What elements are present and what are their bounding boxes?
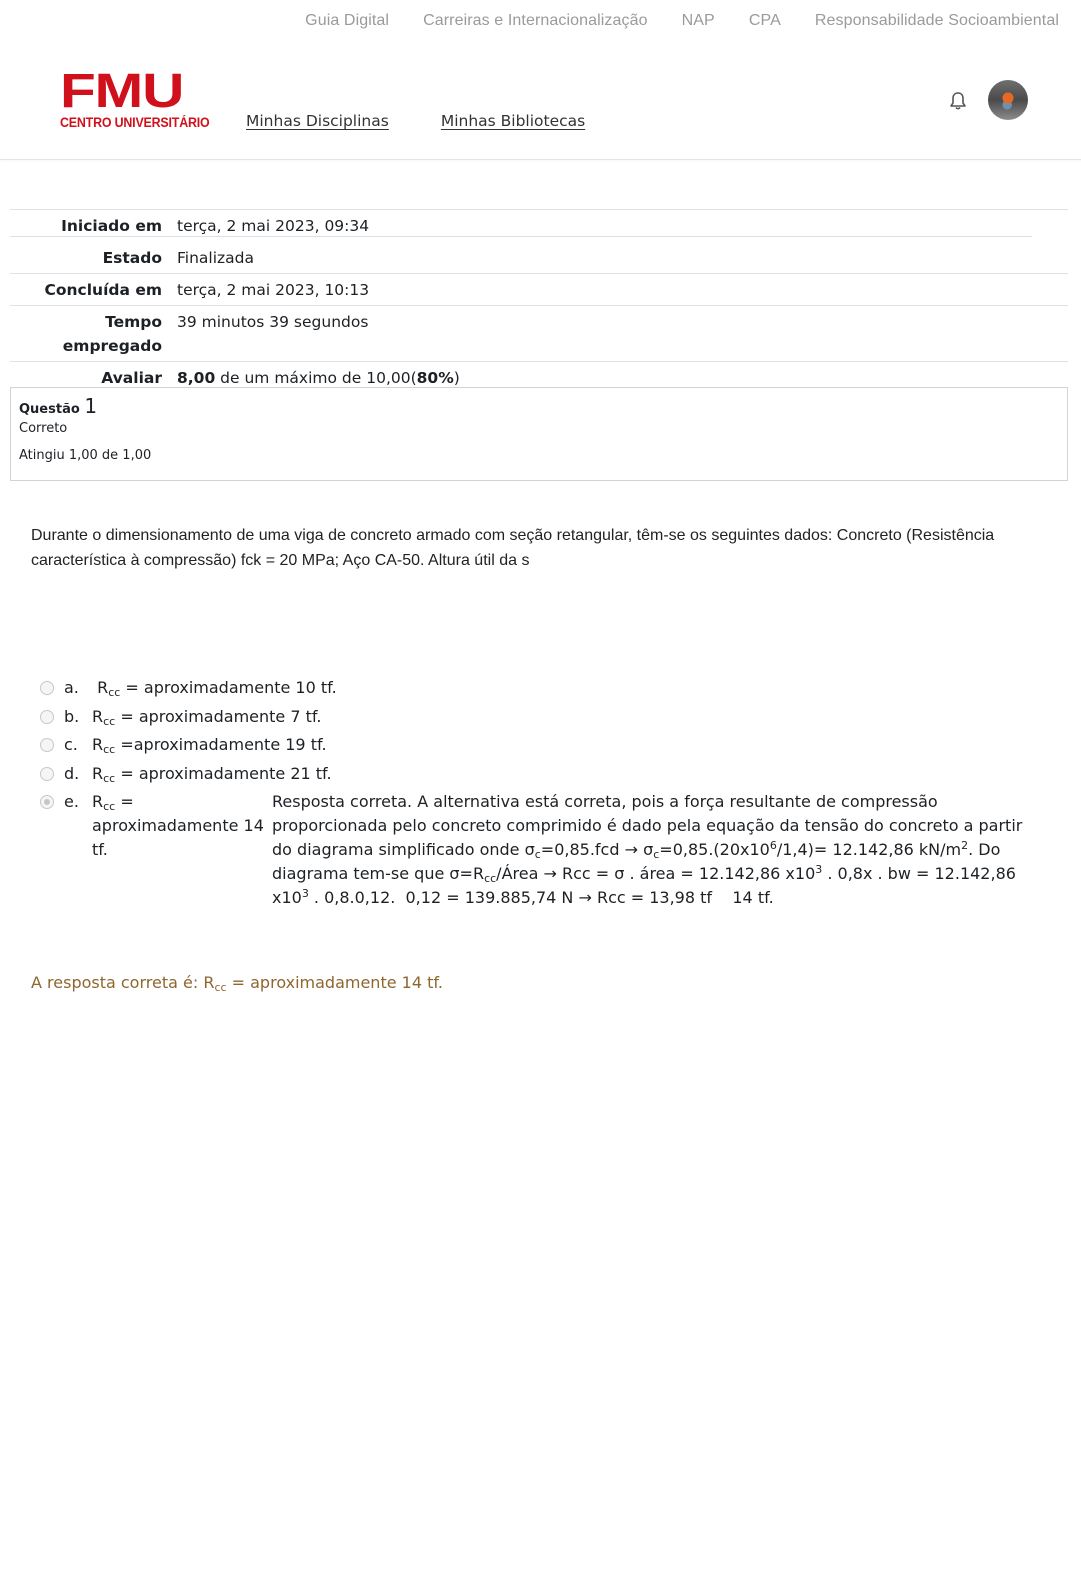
row-divider: [10, 236, 1032, 237]
answer-option-d[interactable]: d. Rcc = aproximadamente 21 tf.: [40, 762, 1040, 786]
summary-row-time: Tempo empregado 39 minutos 39 segundos: [10, 305, 1068, 361]
summary-value: terça, 2 mai 2023, 09:34: [162, 214, 369, 238]
answer-letter: c.: [64, 733, 92, 757]
fmu-logo[interactable]: FMU CENTRO UNIVERSITÁRIO: [60, 72, 200, 130]
answer-letter: d.: [64, 762, 92, 786]
bell-icon[interactable]: [947, 90, 969, 112]
nav-minhas-disciplinas[interactable]: Minhas Disciplinas: [246, 112, 389, 130]
summary-value: Finalizada: [162, 246, 254, 270]
answer-option-a[interactable]: a. Rcc = aproximadamente 10 tf.: [40, 676, 1040, 700]
summary-value: terça, 2 mai 2023, 10:13: [162, 278, 369, 302]
question-text: Durante o dimensionamento de uma viga de…: [31, 523, 1031, 573]
grade-value: 8,00: [177, 369, 215, 387]
question-state: Correto: [19, 421, 1059, 436]
summary-row-completed: Concluída em terça, 2 mai 2023, 10:13: [10, 273, 1068, 305]
logo-subtitle: CENTRO UNIVERSITÁRIO: [60, 115, 189, 130]
nav-guia-digital[interactable]: Guia Digital: [305, 12, 389, 30]
answer-feedback: Resposta correta. A alternativa está cor…: [272, 790, 1037, 910]
utility-nav: Guia Digital Carreiras e Internacionaliz…: [271, 0, 1059, 42]
grade-end: ): [454, 369, 460, 387]
radio-button-selected[interactable]: [40, 795, 54, 809]
logo-text: FMU: [60, 72, 231, 112]
nav-responsabilidade[interactable]: Responsabilidade Socioambiental: [815, 12, 1059, 30]
answer-text: Rcc = aproximadamente 7 tf.: [92, 705, 321, 729]
question-grade: Atingiu 1,00 de 1,00: [19, 448, 1059, 463]
nav-cpa[interactable]: CPA: [749, 12, 781, 30]
question-number: Questão 1: [19, 394, 1059, 418]
answer-option-b[interactable]: b. Rcc = aproximadamente 7 tf.: [40, 705, 1040, 729]
answer-option-c[interactable]: c. Rcc =aproximadamente 19 tf.: [40, 733, 1040, 757]
answer-option-e[interactable]: e. Rcc = aproximadamente 14 tf. Resposta…: [40, 790, 1040, 862]
nav-minhas-bibliotecas[interactable]: Minhas Bibliotecas: [441, 112, 585, 130]
main-nav: Minhas Disciplinas Minhas Bibliotecas: [246, 112, 585, 130]
radio-button[interactable]: [40, 738, 54, 752]
answer-letter: a.: [64, 676, 92, 700]
answer-list: a. Rcc = aproximadamente 10 tf. b. Rcc =…: [40, 676, 1040, 867]
summary-row-state: Estado Finalizada: [10, 241, 1068, 273]
radio-button[interactable]: [40, 710, 54, 724]
summary-label: Iniciado em: [10, 214, 162, 238]
summary-label: Estado: [10, 246, 162, 270]
radio-button[interactable]: [40, 767, 54, 781]
summary-label: Tempo empregado: [10, 310, 162, 358]
summary-value: 39 minutos 39 segundos: [162, 310, 368, 358]
answer-text: Rcc = aproximadamente 21 tf.: [92, 762, 332, 786]
nav-carreiras[interactable]: Carreiras e Internacionalização: [423, 12, 648, 30]
site-header: FMU CENTRO UNIVERSITÁRIO Minhas Discipli…: [0, 42, 1081, 160]
question-number-value: 1: [84, 394, 97, 418]
grade-mid: de um máximo de 10,00(: [215, 369, 416, 387]
radio-button[interactable]: [40, 681, 54, 695]
avatar[interactable]: [988, 80, 1028, 120]
answer-letter: b.: [64, 705, 92, 729]
answer-text: Rcc = aproximadamente 14 tf.: [92, 790, 272, 862]
question-label: Questão: [19, 402, 80, 417]
answer-text: Rcc =aproximadamente 19 tf.: [92, 733, 327, 757]
answer-text: Rcc = aproximadamente 10 tf.: [92, 676, 337, 700]
grade-percent: 80%: [417, 369, 454, 387]
answer-letter: e.: [64, 790, 92, 814]
summary-label: Concluída em: [10, 278, 162, 302]
question-info: Questão 1 Correto Atingiu 1,00 de 1,00: [10, 387, 1068, 481]
right-answer: A resposta correta é: Rcc = aproximadame…: [31, 973, 443, 992]
nav-nap[interactable]: NAP: [682, 12, 715, 30]
